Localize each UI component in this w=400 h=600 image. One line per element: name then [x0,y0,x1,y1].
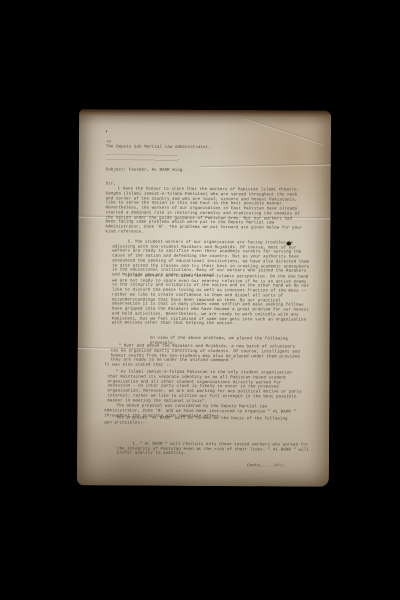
also-stated-line: It was also stated that :- [105,363,172,368]
paragraph-number: 5. [128,240,133,244]
stray-mark: , [105,128,109,133]
quote-identity: " As Islami Jamiat-e-Tulaba Pakistan is … [107,370,303,404]
problem-paragraph: 6.Our workers are trained in true Islami… [105,269,311,332]
paragraph-text: Our workers are trained in true Islamic … [112,274,312,326]
photo-background: , To The Deputy Sub Martial Law Administ… [0,0,400,600]
quote-volunteers: " Over and above the Razakars and Mujahi… [111,344,301,364]
paper-top-edge-shadow [79,109,331,118]
intro-paragraph: I have the honour to state that the work… [105,187,303,236]
addressee-line: The Deputy Sub Martial Law Administrator… [106,145,211,150]
principle-item: 1." AL BADR " will recruits only those t… [104,437,310,462]
principle-number: 1. [132,442,137,446]
paper-crease [246,118,323,145]
subject-line: Subject: Founder, AL BADR Wing. [106,168,185,173]
proposed-basis-paragraph: The proposed "AL BADR" will be formed on… [104,416,289,427]
paper-crease [199,163,331,169]
principle-text: " AL BADR " will recruits only those tes… [117,442,311,456]
paragraph-number: 6. [127,274,132,278]
address-underline: ____________________________. [106,157,180,162]
letter-paper: , To The Deputy Sub Martial Law Administ… [77,109,331,487]
contd-note: Contd......P/2. [247,464,285,469]
